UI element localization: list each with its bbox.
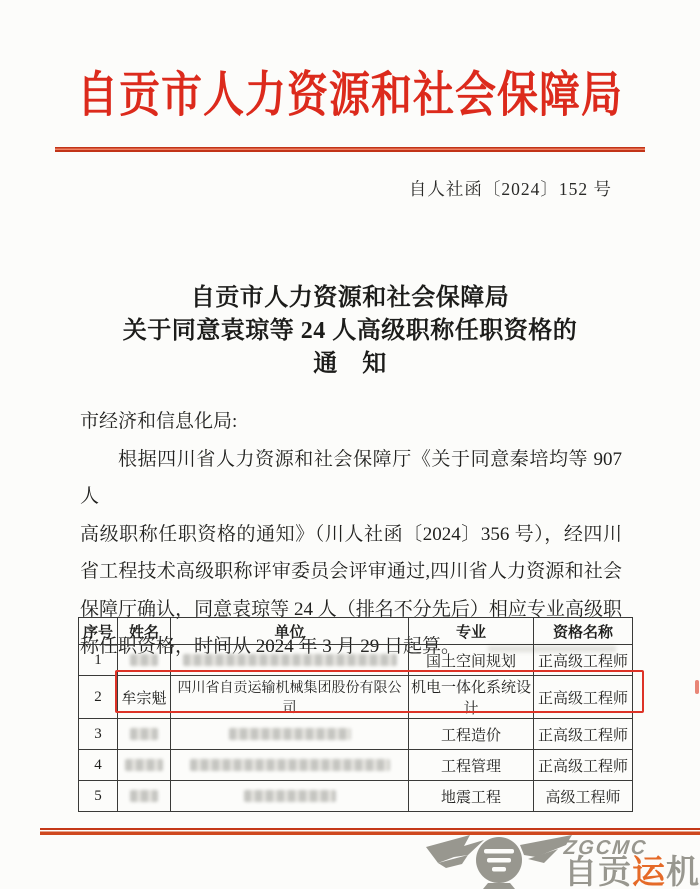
cell-unit-redacted	[171, 781, 409, 812]
cell-qualification: 正高级工程师	[534, 719, 633, 750]
redacted-name-blur	[130, 790, 158, 802]
redacted-unit-blur	[244, 790, 336, 802]
cell-no: 4	[79, 750, 118, 781]
header-name: 姓名	[118, 618, 171, 645]
letterhead-divider-line	[55, 147, 645, 152]
official-document-page: 自贡市人力资源和社会保障局 自人社函〔2024〕152 号 自贡市人力资源和社会…	[0, 0, 700, 889]
table-row: 5 地震工程 高级工程师	[79, 781, 633, 812]
table-row-highlighted: 2 牟宗魁 四川省自贡运输机械集团股份有限公司 机电一体化系统设计 正高级工程师	[79, 676, 633, 719]
scan-red-mark	[695, 680, 699, 694]
cell-no: 5	[79, 781, 118, 812]
cell-no: 2	[79, 676, 118, 719]
cell-major: 工程造价	[409, 719, 534, 750]
cell-unit: 四川省自贡运输机械集团股份有限公司	[171, 676, 409, 719]
table-row: 4 工程管理 正高级工程师	[79, 750, 633, 781]
cell-unit-redacted	[171, 645, 409, 676]
cell-qualification: 高级工程师	[534, 781, 633, 812]
cell-name: 牟宗魁	[118, 676, 171, 719]
cell-unit-redacted	[171, 719, 409, 750]
title-line-3: 通 知	[0, 348, 700, 381]
body-line: 省工程技术高级职称评审委员会评审通过,四川省人力资源和社会	[80, 553, 622, 591]
header-major: 专业	[409, 618, 534, 645]
company-emblem-icon	[424, 833, 574, 889]
table-row: 3 工程造价 正高级工程师	[79, 719, 633, 750]
redacted-unit-blur	[229, 728, 351, 740]
company-logo: ZGCMC 自贡运机	[424, 833, 700, 889]
cell-unit-redacted	[171, 750, 409, 781]
salutation: 市经济和信息化局:	[80, 403, 622, 441]
cell-major: 机电一体化系统设计	[409, 676, 534, 719]
table-header-row: 序号 姓名 单位 专业 资格名称	[79, 618, 633, 645]
redacted-name-blur	[125, 759, 163, 771]
title-line-1: 自贡市人力资源和社会保障局	[0, 282, 700, 315]
title-line-2: 关于同意袁琼等 24 人高级职称任职资格的	[0, 315, 700, 348]
header-qualification: 资格名称	[534, 618, 633, 645]
cell-name-redacted	[118, 645, 171, 676]
redacted-name-blur	[130, 654, 158, 666]
document-title: 自贡市人力资源和社会保障局 关于同意袁琼等 24 人高级职称任职资格的 通 知	[0, 282, 700, 381]
company-acronym: ZGCMC	[563, 839, 700, 857]
cell-name-redacted	[118, 781, 171, 812]
body-line: 高级职称任职资格的通知》（川人社函〔2024〕356 号），经四川	[80, 516, 622, 554]
cell-major: 地震工程	[409, 781, 534, 812]
header-unit: 单位	[171, 618, 409, 645]
document-number: 自人社函〔2024〕152 号	[0, 176, 700, 201]
cell-major: 工程管理	[409, 750, 534, 781]
table-row: 1 国土空间规划 正高级工程师	[79, 645, 633, 676]
company-name: 自贡运机	[564, 857, 700, 889]
qualification-table: 序号 姓名 单位 专业 资格名称 1 国土空间规划 正高级工程师 2 牟宗魁 四…	[78, 617, 633, 812]
footer-divider-line	[40, 828, 700, 835]
cell-no: 3	[79, 719, 118, 750]
redacted-unit-blur	[183, 654, 397, 666]
header-no: 序号	[79, 618, 118, 645]
cell-no: 1	[79, 645, 118, 676]
redacted-name-blur	[130, 728, 158, 740]
cell-qualification: 正高级工程师	[534, 750, 633, 781]
redacted-unit-blur	[190, 759, 390, 771]
cell-qualification: 正高级工程师	[534, 676, 633, 719]
body-line: 根据四川省人力资源和社会保障厅《关于同意秦培均等 907 人	[80, 441, 622, 516]
cell-major: 国土空间规划	[409, 645, 534, 676]
letterhead-title: 自贡市人力资源和社会保障局	[0, 66, 700, 124]
cell-name-redacted	[118, 719, 171, 750]
cell-name-redacted	[118, 750, 171, 781]
cell-qualification: 正高级工程师	[534, 645, 633, 676]
company-logo-text: ZGCMC 自贡运机	[564, 839, 700, 889]
